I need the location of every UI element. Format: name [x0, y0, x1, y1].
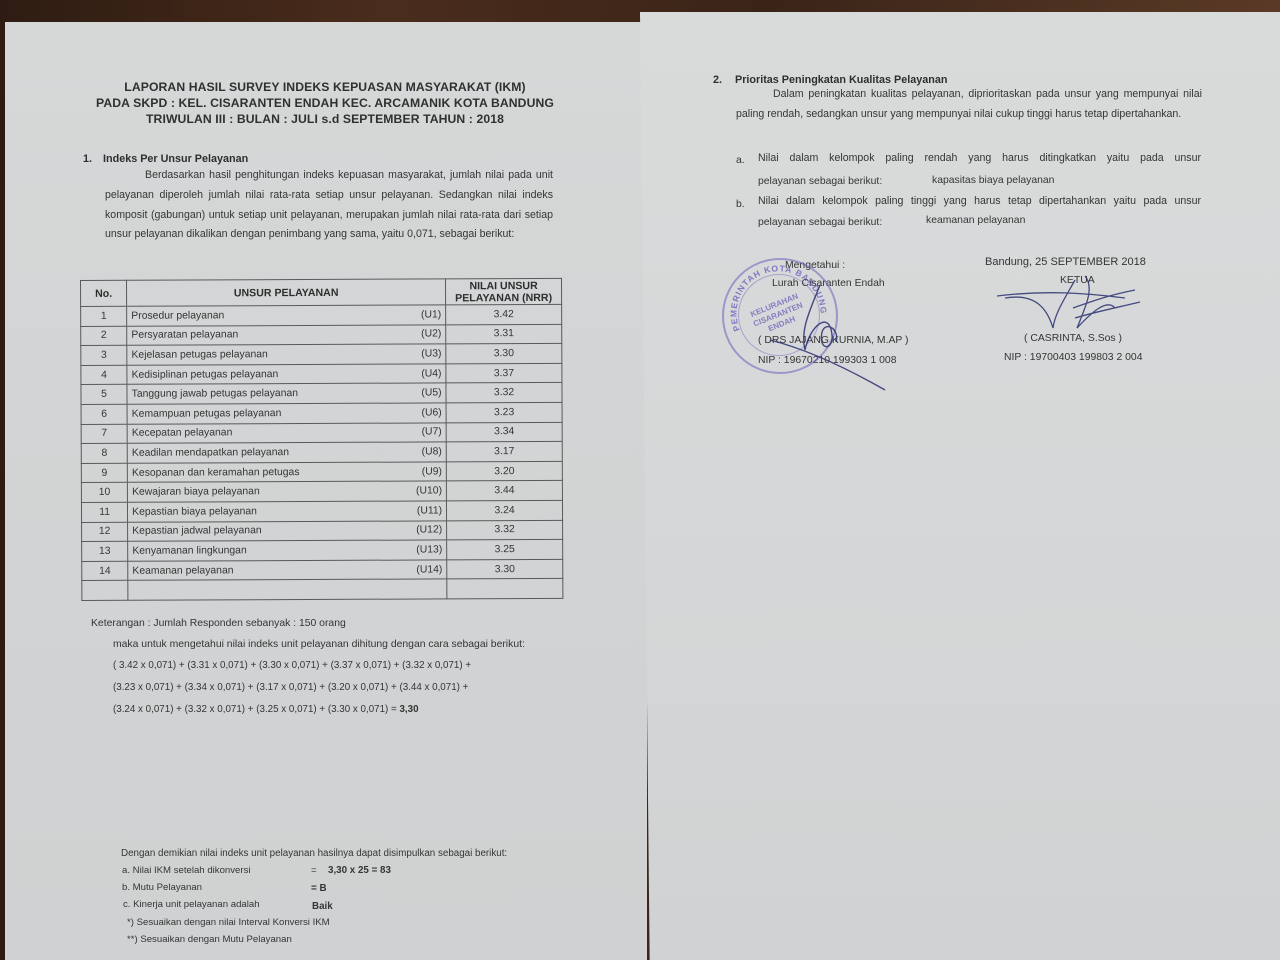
row-unsur: Kecepatan pelayanan(U7): [127, 422, 446, 443]
row-nilai: [447, 579, 563, 599]
row-unsur-name: Tanggung jawab petugas pelayanan: [132, 388, 298, 400]
row-unsur-code: (U10): [416, 486, 442, 497]
table-row: 8Keadilan mendapatkan pelayanan(U8)3.17: [81, 442, 562, 464]
row-nilai: 3.30: [446, 344, 562, 364]
priority-a-marker: a.: [736, 155, 745, 166]
formula-line-1: ( 3.42 x 0,071) + (3.31 x 0,071) + (3.30…: [113, 660, 471, 671]
table-row: 4Kedisiplinan petugas pelayanan(U4)3.37: [81, 363, 562, 385]
row-unsur: Tanggung jawab petugas pelayanan(U5): [127, 383, 446, 404]
row-unsur: Kemampuan petugas pelayanan(U6): [127, 403, 446, 424]
row-no: 14: [82, 561, 128, 581]
row-nilai: 3.23: [446, 402, 562, 422]
conclusion-b-label: b. Mutu Pelayanan: [122, 882, 202, 893]
row-unsur-name: Kenyamanan lingkungan: [132, 545, 246, 556]
ikm-table: No. UNSUR PELAYANAN NILAI UNSUR PELAYANA…: [80, 278, 563, 601]
report-title-line-2: PADA SKPD : KEL. CISARANTEN ENDAH KEC. A…: [5, 96, 645, 110]
priority-b-text: Nilai dalam kelompok paling tinggi yang …: [758, 192, 1201, 212]
table-row: 10Kewajaran biaya pelayanan(U10)3.44: [81, 481, 562, 503]
row-no: 13: [82, 541, 128, 561]
table-row: 2Persyaratan pelayanan(U2)3.31: [81, 324, 562, 346]
row-unsur: Kepastian jadwal pelayanan(U12): [128, 520, 447, 541]
row-nilai: 3.37: [446, 363, 562, 383]
table-row-empty: [82, 579, 563, 601]
row-nilai: 3.32: [447, 520, 563, 540]
formula-line-3: (3.24 x 0,071) + (3.32 x 0,071) + (3.25 …: [113, 704, 419, 715]
row-nilai: 3.24: [447, 500, 563, 520]
table-row: 13Kenyamanan lingkungan(U13)3.25: [82, 540, 563, 562]
row-nilai: 3.20: [446, 461, 562, 481]
row-no: [82, 581, 128, 601]
row-unsur: Kesopanan dan keramahan petugas(U9): [127, 462, 446, 483]
row-unsur-code: (U13): [416, 544, 442, 555]
row-unsur-code: (U4): [421, 368, 441, 379]
priority-a-text-2: pelayanan sebagai berikut:: [758, 176, 882, 187]
conclusion-a-eq: =: [311, 865, 317, 876]
section-1-number: 1.: [83, 153, 92, 165]
row-unsur-name: Kewajaran biaya pelayanan: [132, 486, 260, 498]
row-unsur: Keamanan pelayanan(U14): [128, 560, 447, 581]
footnote-1: *) Sesuaikan dengan nilai Interval Konve…: [127, 917, 330, 928]
respondent-note: Keterangan : Jumlah Responden sebanyak :…: [91, 618, 346, 629]
row-unsur-name: Kedisiplinan petugas pelayanan: [132, 369, 279, 381]
row-unsur-code: (U9): [422, 466, 442, 477]
row-no: 12: [82, 522, 128, 542]
table-row: 12Kepastian jadwal pelayanan(U12)3.32: [82, 520, 563, 542]
row-nilai: 3.42: [446, 304, 562, 324]
priority-a-value: kapasitas biaya pelayanan: [932, 175, 1054, 186]
row-unsur-name: Kesopanan dan keramahan petugas: [132, 467, 300, 479]
report-title-line-1: LAPORAN HASIL SURVEY INDEKS KEPUASAN MAS…: [5, 80, 645, 94]
row-nilai: 3.44: [446, 481, 562, 501]
footnote-2: **) Sesuaikan dengan Mutu Pelayanan: [127, 934, 292, 945]
conclusion-c-value: Baik: [312, 901, 333, 912]
formula-line-2: (3.23 x 0,071) + (3.34 x 0,071) + (3.17 …: [113, 682, 468, 693]
row-unsur-code: (U1): [421, 309, 441, 320]
row-nilai: 3.25: [447, 540, 563, 560]
table-row: 14Keamanan pelayanan(U14)3.30: [82, 559, 563, 581]
section-1-heading: Indeks Per Unsur Pelayanan: [103, 153, 248, 165]
table-row: 11Kepastian biaya pelayanan(U11)3.24: [81, 500, 562, 522]
document-page-left: LAPORAN HASIL SURVEY INDEKS KEPUASAN MAS…: [5, 22, 647, 960]
row-unsur-name: Kepastian jadwal pelayanan: [132, 526, 261, 538]
conclusion-b-value: = B: [311, 883, 327, 894]
row-no: 3: [81, 345, 127, 365]
row-no: 1: [81, 306, 127, 326]
section-2-paragraph: Dalam peningkatan kualitas pelayanan, di…: [736, 85, 1202, 125]
row-unsur-name: Kecepatan pelayanan: [132, 428, 233, 439]
row-unsur-code: (U3): [421, 348, 441, 359]
table-row: 6Kemampuan petugas pelayanan(U6)3.23: [81, 402, 562, 424]
row-unsur: Kewajaran biaya pelayanan(U10): [128, 481, 447, 502]
table-row: 1Prosedur pelayanan(U1)3.42: [81, 304, 562, 326]
row-no: 9: [81, 463, 127, 483]
row-no: 8: [81, 443, 127, 463]
formula-result: 3,30: [399, 704, 418, 715]
row-unsur: [128, 579, 447, 600]
section-1-paragraph: Berdasarkan hasil penghitungan indeks ke…: [105, 166, 553, 245]
row-unsur-name: Kepastian biaya pelayanan: [132, 506, 257, 518]
row-unsur-name: Kemampuan petugas pelayanan: [132, 408, 282, 420]
row-unsur-code: (U8): [422, 446, 442, 457]
conclusion-c-label: c. Kinerja unit pelayanan adalah: [123, 899, 260, 910]
table-row: 5Tanggung jawab petugas pelayanan(U5)3.3…: [81, 383, 562, 405]
row-unsur: Keadilan mendapatkan pelayanan(U8): [127, 442, 446, 463]
lurah-signature: [760, 280, 890, 400]
conclusion-a-label: a. Nilai IKM setelah dikonversi: [122, 865, 251, 876]
row-unsur-code: (U11): [417, 505, 442, 516]
ketua-nip: NIP : 19700403 199803 2 004: [1004, 352, 1142, 363]
ketua-signature: [995, 268, 1145, 348]
row-nilai: 3.31: [446, 324, 562, 344]
row-unsur: Kenyamanan lingkungan(U13): [128, 540, 447, 561]
row-unsur-code: (U6): [421, 407, 441, 418]
conclusion-a-value: 3,30 x 25 = 83: [328, 865, 391, 876]
formula-intro: maka untuk mengetahui nilai indeks unit …: [113, 639, 525, 650]
row-no: 11: [81, 502, 127, 522]
conclusion-intro: Dengan demikian nilai indeks unit pelaya…: [121, 848, 507, 859]
row-unsur-name: Prosedur pelayanan: [131, 310, 224, 321]
priority-b-text-2: pelayanan sebagai berikut:: [758, 217, 882, 228]
row-unsur: Kejelasan petugas pelayanan(U3): [127, 344, 446, 365]
row-unsur: Kepastian biaya pelayanan(U11): [128, 501, 447, 522]
header-unsur: UNSUR PELAYANAN: [127, 279, 446, 306]
table-row: 3Kejelasan petugas pelayanan(U3)3.30: [81, 344, 562, 366]
formula-line-3-text: (3.24 x 0,071) + (3.32 x 0,071) + (3.25 …: [113, 704, 399, 715]
row-unsur: Kedisiplinan petugas pelayanan(U4): [127, 364, 446, 385]
row-no: 4: [81, 365, 127, 385]
place-date: Bandung, 25 SEPTEMBER 2018: [985, 256, 1146, 268]
table-row: 9Kesopanan dan keramahan petugas(U9)3.20: [81, 461, 562, 483]
row-no: 10: [81, 483, 127, 503]
row-unsur: Prosedur pelayanan(U1): [127, 305, 446, 326]
row-unsur-code: (U2): [421, 329, 441, 340]
row-unsur-code: (U7): [422, 427, 442, 438]
row-no: 6: [81, 404, 127, 424]
row-no: 7: [81, 424, 127, 444]
row-unsur: Persyaratan pelayanan(U2): [127, 324, 446, 345]
section-2-number: 2.: [713, 74, 722, 86]
row-unsur-name: Keadilan mendapatkan pelayanan: [132, 447, 289, 459]
header-nilai: NILAI UNSUR PELAYANAN (NRR): [446, 278, 562, 305]
table-header-row: No. UNSUR PELAYANAN NILAI UNSUR PELAYANA…: [81, 278, 562, 306]
priority-b-marker: b.: [736, 199, 745, 210]
priority-b-value: keamanan pelayanan: [926, 215, 1025, 226]
row-nilai: 3.17: [446, 442, 562, 462]
report-title-line-3: TRIWULAN III : BULAN : JULI s.d SEPTEMBE…: [5, 112, 645, 126]
row-no: 5: [81, 385, 127, 405]
row-unsur-name: Persyaratan pelayanan: [131, 330, 238, 341]
table-row: 7Kecepatan pelayanan(U7)3.34: [81, 422, 562, 444]
row-nilai: 3.30: [447, 559, 563, 579]
row-unsur-code: (U14): [416, 564, 442, 575]
row-unsur-code: (U5): [421, 388, 441, 399]
row-nilai: 3.32: [446, 383, 562, 403]
row-unsur-name: Keamanan pelayanan: [132, 565, 233, 576]
row-unsur-name: Kejelasan petugas pelayanan: [131, 349, 267, 361]
row-nilai: 3.34: [446, 422, 562, 442]
document-page-right: 2. Prioritas Peningkatan Kualitas Pelaya…: [640, 12, 1280, 960]
priority-a-text: Nilai dalam kelompok paling rendah yang …: [758, 149, 1201, 169]
header-no: No.: [81, 280, 127, 306]
row-unsur-code: (U12): [416, 525, 442, 536]
row-no: 2: [81, 326, 127, 346]
